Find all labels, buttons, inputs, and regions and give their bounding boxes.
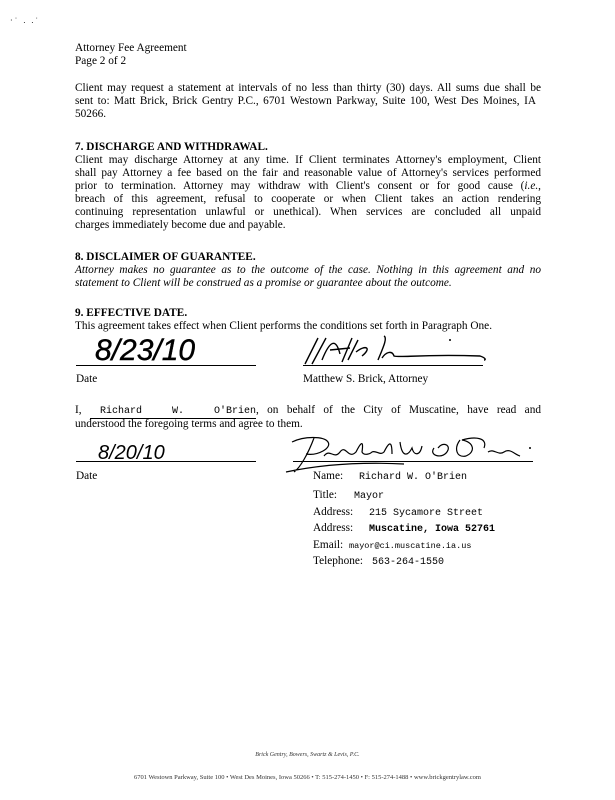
scan-specks: ·˙ . .˙	[10, 16, 40, 25]
attorney-signature	[300, 330, 500, 366]
intro-line-2: sent to: Matt Brick, Brick Gentry P.C., …	[75, 95, 536, 108]
attorney-date-label: Date	[76, 373, 97, 385]
section-8-line-2: statement to Client will be construed as…	[75, 277, 452, 290]
intro-line-1: Client may request a statement at interv…	[75, 82, 541, 95]
ack-prefix: I,	[75, 404, 82, 416]
client-signature	[284, 434, 544, 474]
client-info-name: Name:Richard W. O'Brien	[313, 470, 467, 484]
client-name-value: Richard W. O'Brien	[90, 406, 256, 417]
client-signature-line	[293, 461, 533, 462]
footer-address: 6701 Westown Parkway, Suite 100 • West D…	[0, 774, 615, 781]
section-7-ie: i.e.	[524, 180, 538, 192]
section-7-line-3-text: prior to termination. Attorney may withd…	[75, 180, 524, 192]
attorney-date-handwriting: 8/23/10	[95, 326, 185, 370]
section-7-line-2: shall pay Attorney a fee based on the fa…	[75, 167, 541, 180]
attorney-date-line	[76, 365, 256, 366]
section-7-line-3: prior to termination. Attorney may withd…	[75, 180, 541, 193]
section-9-heading: 9. EFFECTIVE DATE.	[75, 307, 187, 320]
client-date-handwriting: 8/20/10	[98, 437, 198, 467]
section-8-heading: 8. DISCLAIMER OF GUARANTEE.	[75, 251, 256, 264]
client-acknowledgement-line-2: understood the foregoing terms and agree…	[75, 418, 303, 431]
section-7-line-6: charges immediately become due and payab…	[75, 219, 286, 232]
client-info-address-2: Address:Muscatine, Iowa 52761	[313, 522, 495, 536]
client-info-email: Email:mayor@ci.muscatine.ia.us	[313, 539, 471, 553]
intro-line-3: 50266.	[75, 108, 106, 121]
section-7-line-5: continuing representation unlawful or un…	[75, 206, 541, 219]
client-date-line	[76, 461, 256, 462]
section-7-line-1: Client may discharge Attorney at any tim…	[75, 154, 541, 167]
attorney-name-label: Matthew S. Brick, Attorney	[303, 373, 428, 385]
section-7-ie-comma: ,	[538, 180, 541, 192]
client-name-field[interactable]: Richard W. O'Brien	[90, 404, 256, 419]
footer-firm-name: Brick Gentry, Bowers, Swartz & Levis, P.…	[0, 752, 615, 758]
client-info-telephone: Telephone:563-264-1550	[313, 555, 444, 569]
attorney-signature-line	[303, 365, 483, 366]
document-title: Attorney Fee Agreement	[75, 42, 187, 55]
client-acknowledgement-line-1: I, Richard W. O'Brien, on behalf of the …	[75, 404, 541, 419]
svg-text:8/23/10: 8/23/10	[95, 334, 195, 367]
page-number: Page 2 of 2	[75, 55, 126, 68]
client-info-address-1: Address:215 Sycamore Street	[313, 506, 483, 520]
client-date-label: Date	[76, 470, 97, 482]
section-8-line-1: Attorney makes no guarantee as to the ou…	[75, 264, 541, 277]
ack-suffix: , on behalf of the City of Muscatine, ha…	[256, 404, 541, 416]
section-7-line-4: breach of this agreement, refusal to coo…	[75, 193, 541, 206]
client-info-title: Title:Mayor	[313, 489, 384, 503]
section-7-heading: 7. DISCHARGE AND WITHDRAWAL.	[75, 141, 268, 154]
